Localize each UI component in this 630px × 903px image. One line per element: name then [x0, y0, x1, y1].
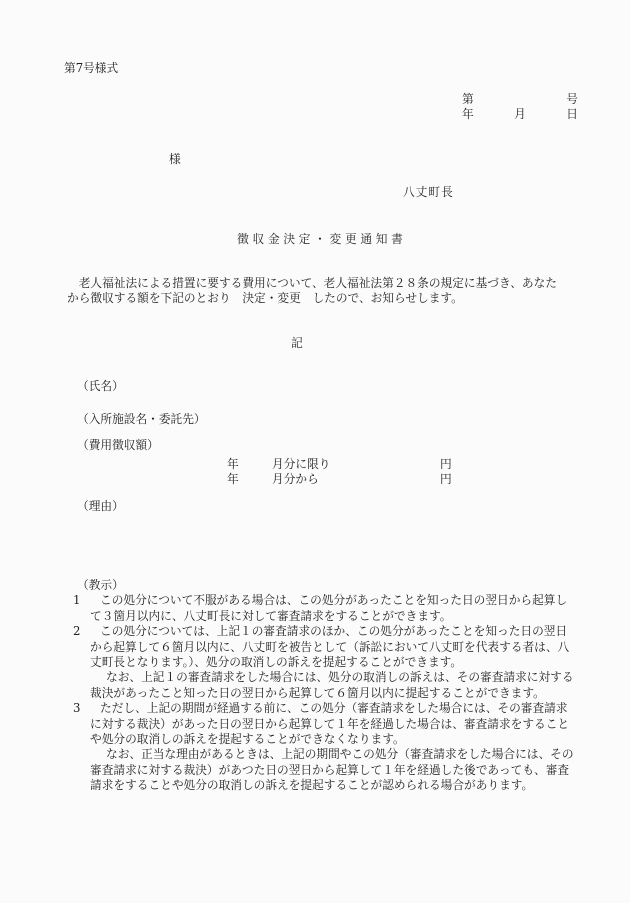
notice-line: ただし、上記の期間が経過する前に、この処分（審査請求をした場合には、その審査請求	[90, 701, 583, 716]
notice-line: この処分について不服がある場合は、この処分があったことを知った日の翌日から起算し	[90, 593, 583, 608]
fee-row-period-label: 月分に限り	[272, 457, 330, 472]
ref-number-line: 第 号	[462, 92, 578, 107]
fee-row-year-label: 年	[227, 457, 239, 472]
addressee-honorific: 様	[169, 152, 181, 167]
document-page: 第7号様式 第 号 年 月 日 様 八丈町長 徴 収 金 決 定 ・ 変 更 通…	[0, 0, 630, 903]
ref-number-suffix: 号	[566, 92, 578, 107]
notice-paragraph: なお、上記１の審査請求をした場合には、処分の取消しの訴えは、その審査請求に対する…	[90, 670, 583, 701]
notice-item-number: 3	[73, 701, 80, 716]
fee-row-year-label: 年	[227, 472, 239, 487]
notice-paragraph: この処分については、上記１の審査請求のほか、この処分があったことを知った日の翌日…	[90, 624, 583, 670]
month-label: 月	[514, 107, 526, 122]
notice-item: 3ただし、上記の期間が経過する前に、この処分（審査請求をした場合には、その審査請…	[73, 701, 583, 793]
notice-line: 丈町長となります。）、処分の取消しの訴えを提起することができます。	[90, 655, 583, 670]
record-marker: 記	[0, 336, 594, 351]
notice-line: から起算して６箇月以内に、八丈町を被告として（訴訟において八丈町を代表する者は、…	[90, 640, 583, 655]
notice-line: て３箇月以内に、八丈町長に対して審査請求をすることができます。	[90, 609, 583, 624]
notice-paragraph: ただし、上記の期間が経過する前に、この処分（審査請求をした場合には、その審査請求…	[90, 701, 583, 747]
notice-section: （教示） 1この処分について不服がある場合は、この処分があったことを知った日の翌…	[73, 578, 583, 794]
ref-number-block: 第 号 年 月 日	[462, 92, 578, 123]
body-line: 老人福祉法による措置に要する費用について、老人福祉法第２８条の規定に基づき、あな…	[67, 276, 557, 291]
document-title: 徴 収 金 決 定 ・ 変 更 通 知 書	[10, 232, 630, 247]
field-facility-label: （入所施設名・委託先）	[77, 412, 206, 427]
body-line: から徴収する額を下記のとおり 決定・変更 したので、お知らせします。	[67, 291, 557, 306]
body-paragraph: 老人福祉法による措置に要する費用について、老人福祉法第２８条の規定に基づき、あな…	[67, 276, 557, 307]
notice-line: なお、上記１の審査請求をした場合には、処分の取消しの訴えは、その審査請求に対する	[90, 670, 583, 685]
fee-row-unit-label: 円	[440, 472, 452, 487]
ref-number-prefix: 第	[462, 92, 474, 107]
notice-line: この処分については、上記１の審査請求のほか、この処分があったことを知った日の翌日	[90, 624, 583, 639]
notice-line: や処分の取消しの訴えを提起することができなくなります。	[90, 732, 583, 747]
fee-row-period-label: 月分から	[272, 472, 319, 487]
day-label: 日	[566, 107, 578, 122]
notice-line: 請求をすることや処分の取消しの訴えを提起することが認められる場合があります。	[90, 778, 583, 793]
date-line: 年 月 日	[462, 107, 578, 122]
sender-name: 八丈町長	[403, 185, 454, 200]
notice-paragraph: なお、正当な理由があるときは、上記の期間やこの処分（審査請求をした場合には、その…	[90, 747, 583, 793]
field-reason-label: （理由）	[77, 499, 124, 514]
fee-row-unit-label: 円	[440, 457, 452, 472]
year-label: 年	[462, 107, 474, 122]
notice-item: 1この処分について不服がある場合は、この処分があったことを知った日の翌日から起算…	[73, 593, 583, 624]
form-number-label: 第7号様式	[64, 61, 118, 76]
notice-list: 1この処分について不服がある場合は、この処分があったことを知った日の翌日から起算…	[73, 593, 583, 793]
notice-item-number: 2	[73, 624, 80, 639]
notice-line: なお、正当な理由があるときは、上記の期間やこの処分（審査請求をした場合には、その	[90, 747, 583, 762]
notice-line: 審査請求に対する裁決）があつた日の翌日から起算して１年を経過した後であっても、審…	[90, 763, 583, 778]
notice-line: に対する裁決）があった日の翌日から起算して１年を経過した場合は、審査請求をするこ…	[90, 717, 583, 732]
notice-item: 2この処分については、上記１の審査請求のほか、この処分があったことを知った日の翌…	[73, 624, 583, 701]
field-name-label: （氏名）	[77, 379, 124, 394]
notice-item-number: 1	[73, 593, 80, 608]
notice-line: 裁決があったこと知った日の翌日から起算して６箇月以内に提起することができます。	[90, 686, 583, 701]
field-fee-label: （費用徴収額）	[77, 438, 159, 453]
notice-paragraph: この処分について不服がある場合は、この処分があったことを知った日の翌日から起算し…	[90, 593, 583, 624]
notice-label: （教示）	[73, 578, 583, 593]
